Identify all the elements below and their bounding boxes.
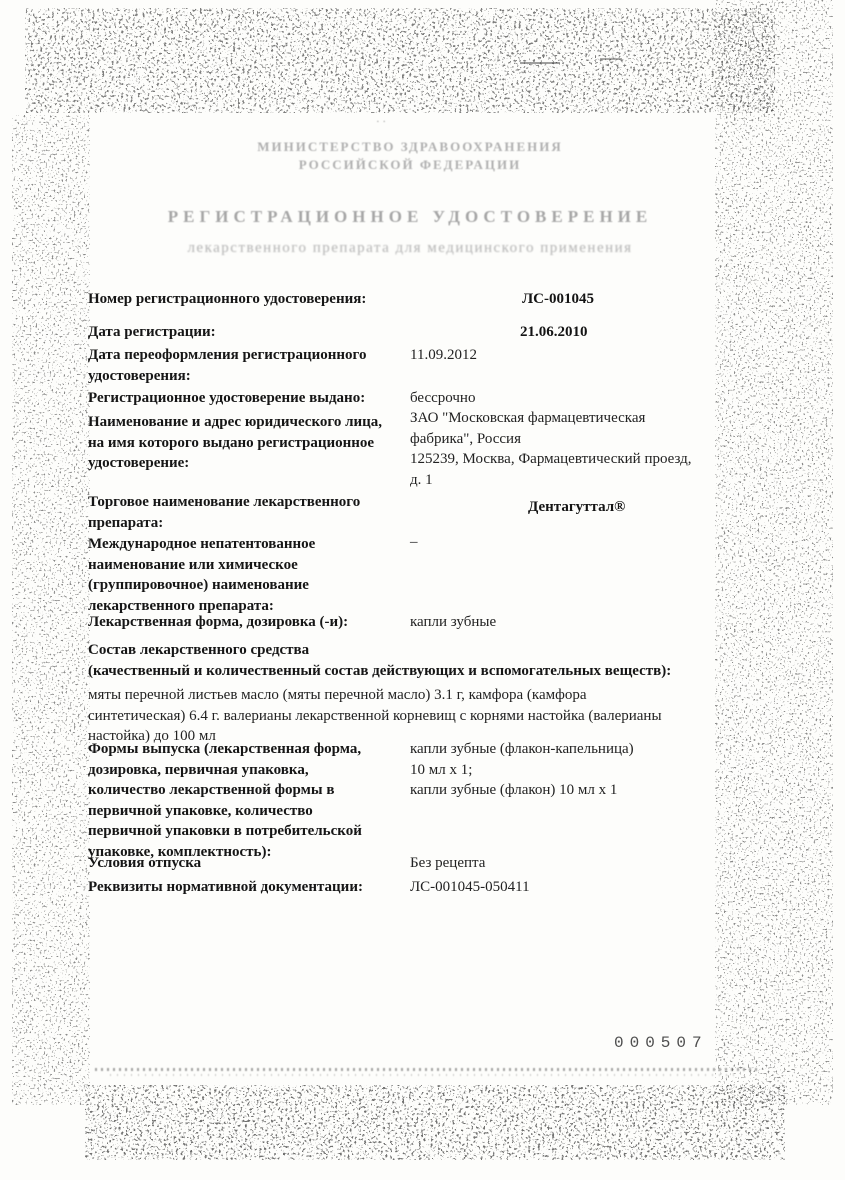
noise-band-bottom — [85, 1085, 785, 1160]
noise-dash-2 — [600, 58, 622, 60]
field-value-holder: ЗАО "Московская фармацевтическая фабрика… — [410, 408, 740, 490]
composition-text: мяты перечной листьев масло (мяты перечн… — [88, 685, 743, 747]
field-label-dosage-form: Лекарственная форма, дозировка (-и): — [88, 612, 423, 633]
field-value-inn: – — [410, 532, 418, 553]
field-label-dispensing: Условия отпуска — [88, 853, 423, 874]
noise-band-top — [25, 8, 775, 113]
field-value-dispensing: Без рецепта — [410, 853, 485, 874]
scanned-certificate-page: · · МИНИСТЕРСТВО ЗДРАВООХРАНЕНИЯ РОССИЙС… — [0, 0, 845, 1180]
field-label-release-forms: Формы выпуска (лекарственная форма, дози… — [88, 739, 423, 862]
document-title: РЕГИСТРАЦИОННОЕ УДОСТОВЕРЕНИЕ — [60, 207, 760, 227]
field-label-normative-docs: Реквизиты нормативной документации: — [88, 877, 423, 898]
scan-smudge-mark: · · — [376, 116, 386, 128]
field-value-reg-number: ЛС-001045 — [522, 289, 594, 310]
field-value-dosage-form: капли зубные — [410, 612, 496, 633]
illegible-footer-text-underline — [110, 1074, 740, 1076]
field-label-reissue-date: Дата переоформления регистрационного удо… — [88, 345, 423, 386]
field-value-trade-name: Дентагуттал® — [528, 497, 625, 518]
illegible-footer-text-line — [95, 1068, 760, 1071]
field-value-normative-docs: ЛС-001045-050411 — [410, 877, 530, 898]
composition-heading: Состав лекарственного средства (качестве… — [88, 640, 743, 681]
field-label-reg-date: Дата регистрации: — [88, 322, 423, 343]
field-label-issued-for: Регистрационное удостоверение выдано: — [88, 388, 423, 409]
noise-dash-1 — [520, 62, 560, 64]
noise-band-left — [12, 115, 90, 1105]
field-label-inn: Международное непатентованное наименован… — [88, 534, 423, 616]
field-label-trade-name: Торговое наименование лекарственного пре… — [88, 492, 423, 533]
field-label-holder: Наименование и адрес юридического лица, … — [88, 412, 423, 474]
ministry-letterhead: МИНИСТЕРСТВО ЗДРАВООХРАНЕНИЯ РОССИЙСКОЙ … — [60, 138, 760, 174]
field-value-issued-for: бессрочно — [410, 388, 475, 409]
field-value-reissue-date: 11.09.2012 — [410, 345, 477, 366]
field-label-reg-number: Номер регистрационного удостоверения: — [88, 289, 423, 310]
stamp-serial-number: 000507 — [614, 1034, 708, 1052]
field-value-release-forms: капли зубные (флакон-капельница) 10 мл х… — [410, 739, 740, 801]
document-subtitle: лекарственного препарата для медицинског… — [60, 240, 760, 257]
field-value-reg-date: 21.06.2010 — [520, 322, 588, 343]
